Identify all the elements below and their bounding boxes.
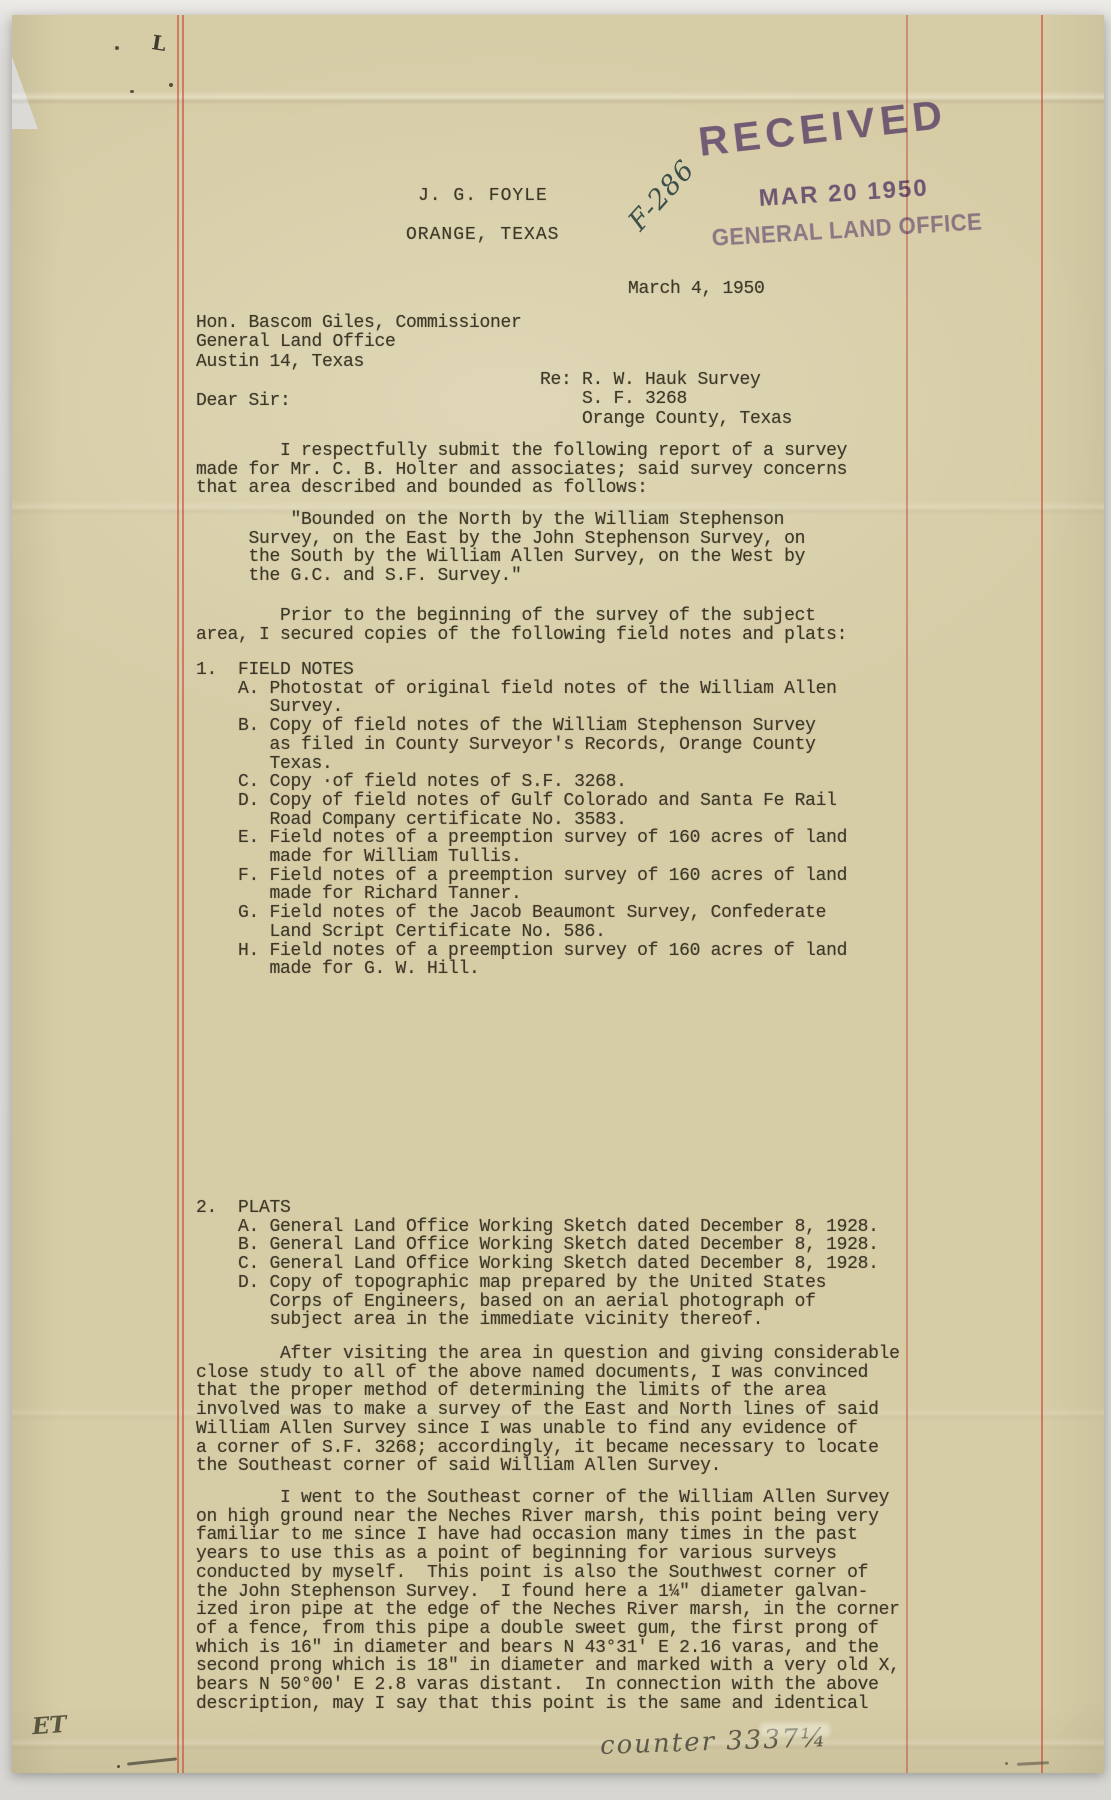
scan-background: J. G. FOYLE ORANGE, TEXAS RECEIVED MAR 2… (0, 0, 1111, 1800)
pencil-dot (117, 1765, 120, 1768)
red-rule-left-inner (182, 15, 184, 1773)
letter-date: March 4, 1950 (628, 280, 765, 299)
red-rule-right (906, 15, 908, 1773)
para-prior: Prior to the beginning of the survey of … (196, 607, 847, 644)
ink-speck (130, 90, 134, 93)
addressee-block: Hon. Bascom Giles, Commissioner General … (196, 314, 522, 372)
letterhead-city: ORANGE, TEXAS (406, 226, 559, 245)
ink-speck (169, 83, 173, 87)
para-after-visiting: After visiting the area in question and … (196, 1345, 900, 1476)
received-stamp-date: MAR 20 1950 (758, 175, 929, 213)
received-stamp-office: GENERAL LAND OFFICE (711, 208, 983, 252)
letter-page: J. G. FOYLE ORANGE, TEXAS RECEIVED MAR 2… (12, 15, 1104, 1773)
eraser-smudge (760, 1723, 830, 1737)
received-stamp-word: RECEIVED (696, 91, 949, 166)
field-notes-list: 1. FIELD NOTES A. Photostat of original … (196, 661, 847, 979)
corner-pencil-mark: L (150, 30, 168, 56)
para-southeast-corner: I went to the Southeast corner of the Wi… (196, 1489, 900, 1713)
para-intro: I respectfully submit the following repo… (196, 442, 847, 498)
re-block: Re: R. W. Hauk Survey S. F. 3268 Orange … (540, 371, 792, 429)
pencil-dash (1017, 1761, 1049, 1765)
salutation: Dear Sir: (196, 392, 291, 411)
paper-crease (12, 1737, 1104, 1751)
letterhead-name: J. G. FOYLE (418, 187, 548, 206)
handwritten-file-number: F-286 (622, 154, 701, 237)
page-corner-notch (12, 57, 38, 129)
red-rule-edge (1041, 15, 1043, 1773)
red-rule-left-outer (177, 15, 179, 1773)
plats-list: 2. PLATS A. General Land Office Working … (196, 1199, 879, 1330)
ink-speck (115, 46, 119, 50)
quote-block: "Bounded on the North by the William Ste… (196, 511, 805, 586)
pencil-dash (127, 1757, 177, 1765)
pencil-dot (1005, 1762, 1008, 1765)
handwritten-initials: ET (31, 1711, 67, 1740)
